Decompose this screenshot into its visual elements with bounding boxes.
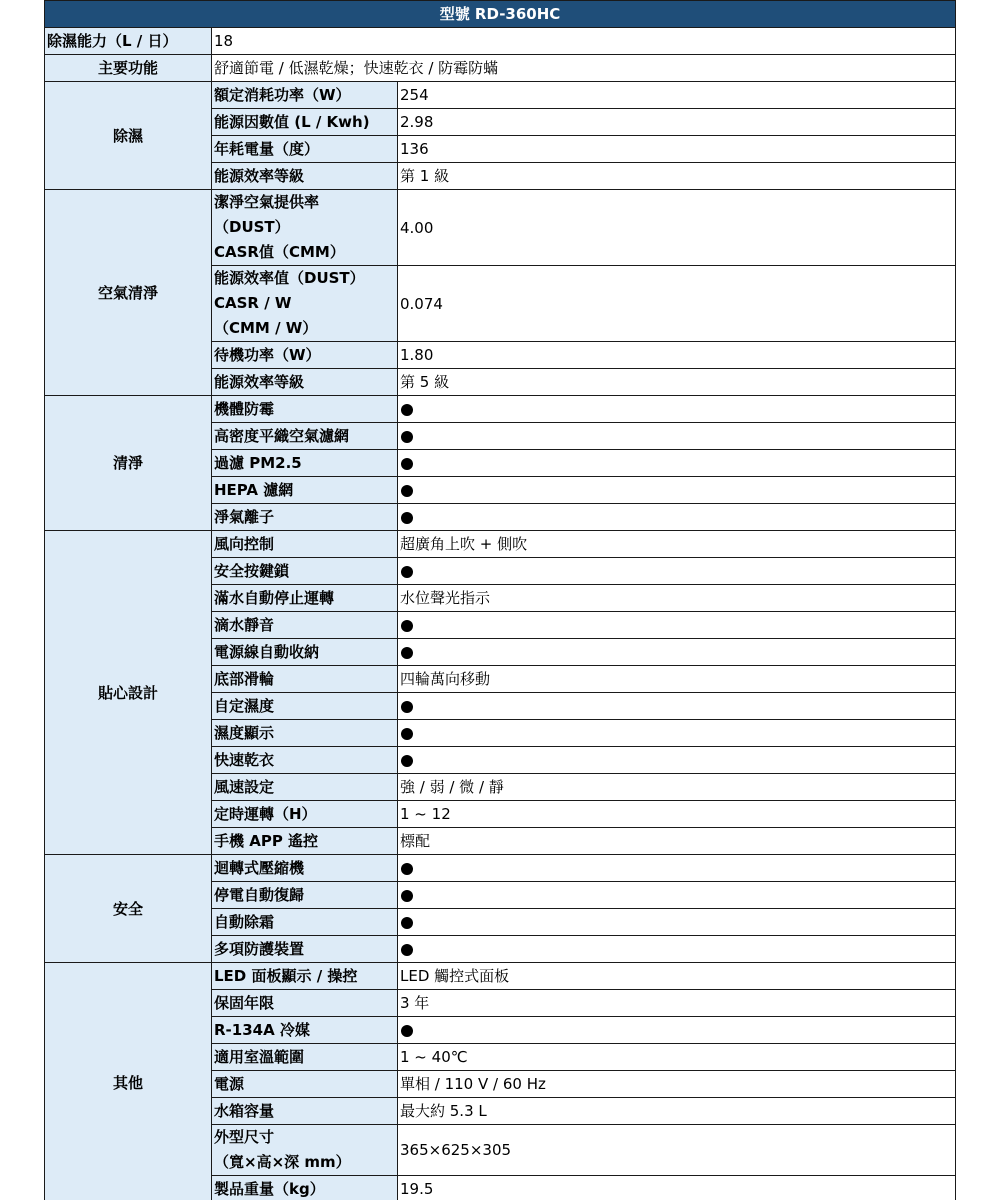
- spec-label: 機體防霉: [212, 396, 398, 423]
- filled-circle-icon: [401, 485, 413, 497]
- table-row: 空氣清淨潔淨空氣提供率（DUST）CASR值（CMM）4.00: [45, 190, 956, 266]
- spec-label: 製品重量（kg）: [212, 1176, 398, 1200]
- spec-value: 0.074: [398, 266, 956, 342]
- spec-value: 第 5 級: [398, 369, 956, 396]
- feature-dot-cell: [398, 1017, 956, 1044]
- filled-circle-icon: [401, 431, 413, 443]
- spec-label: 迴轉式壓縮機: [212, 855, 398, 882]
- spec-label: 水箱容量: [212, 1098, 398, 1125]
- spec-label: 能源效率值（DUST）CASR / W（CMM / W）: [212, 266, 398, 342]
- filled-circle-icon: [401, 458, 413, 470]
- spec-value: 超廣角上吹 + 側吹: [398, 531, 956, 558]
- spec-label: 自定濕度: [212, 693, 398, 720]
- spec-label: 滴水靜音: [212, 612, 398, 639]
- spec-label: HEPA 濾網: [212, 477, 398, 504]
- filled-circle-icon: [401, 755, 413, 767]
- feature-dot-cell: [398, 882, 956, 909]
- dehumidify-capacity-label: 除濕能力（L / 日）: [45, 28, 212, 55]
- feature-dot-cell: [398, 612, 956, 639]
- spec-label: 潔淨空氣提供率（DUST）CASR值（CMM）: [212, 190, 398, 266]
- spec-label: 安全按鍵鎖: [212, 558, 398, 585]
- feature-dot-cell: [398, 450, 956, 477]
- feature-dot-cell: [398, 639, 956, 666]
- spec-value: 1 ~ 40℃: [398, 1044, 956, 1071]
- spec-label: 手機 APP 遙控: [212, 828, 398, 855]
- filled-circle-icon: [401, 404, 413, 416]
- spec-value: 水位聲光指示: [398, 585, 956, 612]
- feature-dot-cell: [398, 720, 956, 747]
- spec-value: LED 觸控式面板: [398, 963, 956, 990]
- category-cell: 清淨: [45, 396, 212, 531]
- filled-circle-icon: [401, 512, 413, 524]
- spec-label: 年耗電量（度）: [212, 136, 398, 163]
- spec-label: 濕度顯示: [212, 720, 398, 747]
- title-row: 型號 RD-360HC: [45, 1, 956, 28]
- feature-dot-cell: [398, 936, 956, 963]
- spec-value: 1.80: [398, 342, 956, 369]
- spec-label: 定時運轉（H）: [212, 801, 398, 828]
- category-cell: 除濕: [45, 82, 212, 190]
- filled-circle-icon: [401, 890, 413, 902]
- feature-dot-cell: [398, 855, 956, 882]
- spec-value: 單相 / 110 V / 60 Hz: [398, 1071, 956, 1098]
- spec-label: 高密度平織空氣濾網: [212, 423, 398, 450]
- spec-label: 自動除霜: [212, 909, 398, 936]
- spec-label: 滿水自動停止運轉: [212, 585, 398, 612]
- table-row: 清淨機體防霉: [45, 396, 956, 423]
- feature-dot-cell: [398, 693, 956, 720]
- table-row: 除濕能力（L / 日） 18: [45, 28, 956, 55]
- filled-circle-icon: [401, 1025, 413, 1037]
- spec-label: 能源因數值 (L / Kwh): [212, 109, 398, 136]
- spec-label: 電源線自動收納: [212, 639, 398, 666]
- spec-label: 適用室溫範圍: [212, 1044, 398, 1071]
- spec-label: 電源: [212, 1071, 398, 1098]
- feature-dot-cell: [398, 558, 956, 585]
- feature-dot-cell: [398, 477, 956, 504]
- spec-label: 額定消耗功率（W）: [212, 82, 398, 109]
- spec-label: 能源效率等級: [212, 163, 398, 190]
- spec-label: 快速乾衣: [212, 747, 398, 774]
- category-cell: 貼心設計: [45, 531, 212, 855]
- dehumidify-capacity-value: 18: [212, 28, 956, 55]
- main-features-label: 主要功能: [45, 55, 212, 82]
- spec-value: 3 年: [398, 990, 956, 1017]
- spec-label: 風向控制: [212, 531, 398, 558]
- feature-dot-cell: [398, 396, 956, 423]
- feature-dot-cell: [398, 909, 956, 936]
- spec-label: 待機功率（W）: [212, 342, 398, 369]
- spec-label: LED 面板顯示 / 操控: [212, 963, 398, 990]
- spec-label: 淨氣離子: [212, 504, 398, 531]
- filled-circle-icon: [401, 863, 413, 875]
- spec-value: 強 / 弱 / 微 / 靜: [398, 774, 956, 801]
- spec-label: 能源效率等級: [212, 369, 398, 396]
- model-title: 型號 RD-360HC: [45, 1, 956, 28]
- spec-value: 365×625×305: [398, 1125, 956, 1176]
- feature-dot-cell: [398, 504, 956, 531]
- filled-circle-icon: [401, 701, 413, 713]
- spec-value: 2.98: [398, 109, 956, 136]
- spec-value: 最大約 5.3 L: [398, 1098, 956, 1125]
- feature-dot-cell: [398, 747, 956, 774]
- spec-value: 四輪萬向移動: [398, 666, 956, 693]
- main-features-value: 舒適節電 / 低濕乾燥；快速乾衣 / 防霉防蟎: [212, 55, 956, 82]
- table-row: 主要功能 舒適節電 / 低濕乾燥；快速乾衣 / 防霉防蟎: [45, 55, 956, 82]
- spec-value: 標配: [398, 828, 956, 855]
- spec-label: 底部滑輪: [212, 666, 398, 693]
- filled-circle-icon: [401, 917, 413, 929]
- filled-circle-icon: [401, 647, 413, 659]
- spec-value: 1 ~ 12: [398, 801, 956, 828]
- spec-label: 過濾 PM2.5: [212, 450, 398, 477]
- spec-label: 風速設定: [212, 774, 398, 801]
- filled-circle-icon: [401, 566, 413, 578]
- filled-circle-icon: [401, 728, 413, 740]
- table-row: 除濕額定消耗功率（W）254: [45, 82, 956, 109]
- spec-value: 19.5: [398, 1176, 956, 1200]
- table-row: 貼心設計風向控制超廣角上吹 + 側吹: [45, 531, 956, 558]
- spec-label: 多項防護裝置: [212, 936, 398, 963]
- filled-circle-icon: [401, 944, 413, 956]
- category-cell: 空氣清淨: [45, 190, 212, 396]
- spec-label: R-134A 冷媒: [212, 1017, 398, 1044]
- spec-label: 停電自動復歸: [212, 882, 398, 909]
- category-cell: 安全: [45, 855, 212, 963]
- feature-dot-cell: [398, 423, 956, 450]
- spec-value: 第 1 級: [398, 163, 956, 190]
- spec-label: 外型尺寸（寬×高×深 mm）: [212, 1125, 398, 1176]
- spec-table: 型號 RD-360HC 除濕能力（L / 日） 18 主要功能 舒適節電 / 低…: [44, 0, 956, 1200]
- spec-value: 4.00: [398, 190, 956, 266]
- spec-value: 254: [398, 82, 956, 109]
- category-cell: 其他: [45, 963, 212, 1200]
- table-row: 其他LED 面板顯示 / 操控LED 觸控式面板: [45, 963, 956, 990]
- filled-circle-icon: [401, 620, 413, 632]
- table-row: 安全迴轉式壓縮機: [45, 855, 956, 882]
- spec-label: 保固年限: [212, 990, 398, 1017]
- spec-value: 136: [398, 136, 956, 163]
